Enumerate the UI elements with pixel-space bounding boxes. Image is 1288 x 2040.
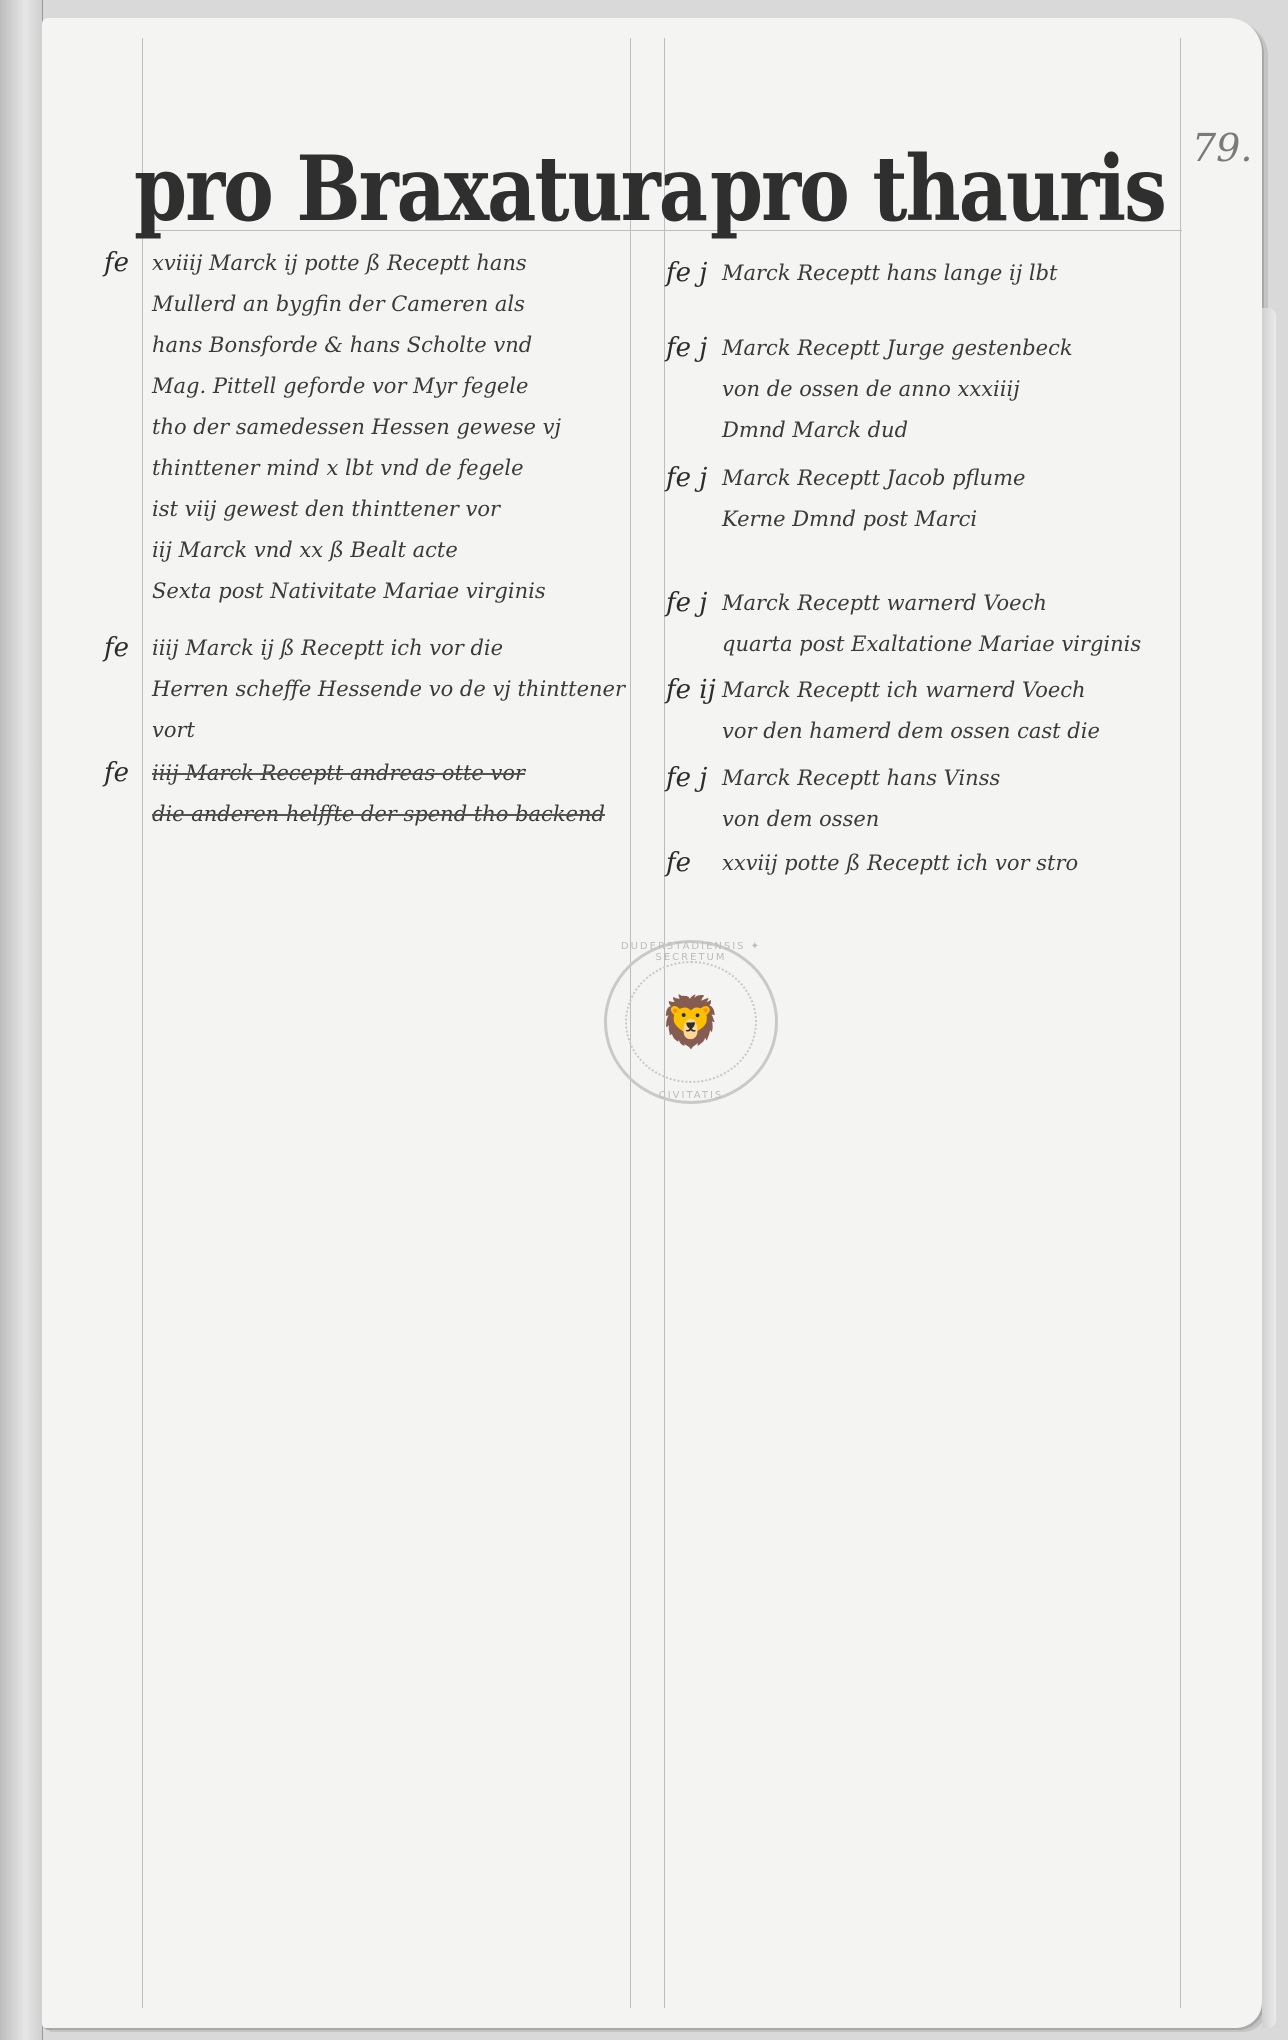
item-mark: fe j	[666, 328, 707, 369]
right-entry-5: fe ij Marck Receptt ich warnerd Voech vo…	[722, 670, 1222, 752]
entry-line: hans Bonsforde & hans Scholte vnd	[152, 325, 622, 366]
entry-line: Sexta post Nativitate Mariae virginis	[152, 571, 622, 612]
entry-line: Marck Receptt Jacob pflume	[722, 458, 1222, 499]
entry-line: iiij Marck ij ß Receptt ich vor die	[152, 628, 622, 669]
item-mark: fe	[104, 628, 129, 669]
entry-line: Marck Receptt hans lange ij lbt	[722, 253, 1222, 294]
item-mark: fe j	[666, 458, 707, 499]
entry-line: vort	[152, 710, 622, 751]
entry-line: xxviij potte ß Receptt ich vor stro	[722, 843, 1222, 884]
entry-line: ist viij gewest den thinttener vor	[152, 489, 622, 530]
item-mark: fe	[666, 843, 691, 884]
entry-line: xviiij Marck ij potte ß Receptt hans	[152, 243, 622, 284]
entry-line: von dem ossen	[722, 799, 1222, 840]
right-entry-6: fe j Marck Receptt hans Vinss von dem os…	[722, 758, 1222, 840]
entry-line: Marck Receptt ich warnerd Voech	[722, 670, 1222, 711]
manuscript-page: 79. pro Braxatura pro thauris fe xviiij …	[42, 18, 1262, 2028]
entry-line: vor den hamerd dem ossen cast die	[722, 711, 1222, 752]
left-entry-3-struck: fe iiij Marck Receptt andreas otte vor d…	[152, 753, 622, 835]
entry-line: von de ossen de anno xxxiiij	[722, 369, 1222, 410]
ruling-line-left-margin	[142, 38, 143, 2008]
entry-line: Marck Receptt warnerd Voech	[722, 583, 1222, 624]
page-edge	[1262, 308, 1276, 2028]
entry-line: Dmnd Marck dud	[722, 410, 1222, 451]
seal-legend-top: DUDERSTADIENSIS ✦ SECRETUM	[607, 941, 775, 963]
item-mark: fe j	[666, 583, 707, 624]
entry-line: Marck Receptt hans Vinss	[722, 758, 1222, 799]
entry-line: Marck Receptt Jurge gestenbeck	[722, 328, 1222, 369]
item-mark: fe	[104, 753, 129, 794]
entry-line: thinttener mind x lbt vnd de fegele	[152, 448, 622, 489]
right-entry-1: fe j Marck Receptt hans lange ij lbt	[722, 253, 1222, 294]
lion-rampant-icon: 🦁	[625, 961, 757, 1083]
item-mark: fe ij	[666, 670, 716, 711]
facing-page-edge	[0, 0, 43, 2040]
entry-line: Mag. Pittell geforde vor Myr fegele	[152, 366, 622, 407]
item-mark: fe j	[666, 253, 707, 294]
item-mark: fe	[104, 243, 129, 284]
heading-left: pro Braxatura	[134, 136, 706, 241]
entry-line: Mullerd an bygfin der Cameren als	[152, 284, 622, 325]
left-entry-2: fe iiij Marck ij ß Receptt ich vor die H…	[152, 628, 622, 751]
right-entry-3: fe j Marck Receptt Jacob pflume Kerne Dm…	[722, 458, 1222, 540]
entry-line: die anderen helffte der spend tho backen…	[152, 794, 622, 835]
entry-line: quarta post Exaltatione Mariae virginis	[722, 624, 1222, 665]
right-entry-2: fe j Marck Receptt Jurge gestenbeck von …	[722, 328, 1222, 451]
entry-line: iij Marck vnd xx ß Bealt acte	[152, 530, 622, 571]
item-mark: fe j	[666, 758, 707, 799]
right-entry-4: fe j Marck Receptt warnerd Voech quarta …	[722, 583, 1222, 665]
seal-legend-bottom: CIVITATIS	[607, 1090, 775, 1101]
left-entry-1: fe xviiij Marck ij potte ß Receptt hans …	[152, 243, 622, 612]
heading-right: pro thauris	[710, 136, 1165, 241]
entry-line: Kerne Dmnd post Marci	[722, 499, 1222, 540]
entry-line: iiij Marck Receptt andreas otte vor	[152, 753, 622, 794]
folio-number: 79.	[1192, 126, 1252, 170]
right-entry-7: fe xxviij potte ß Receptt ich vor stro	[722, 843, 1222, 884]
city-seal-stamp: DUDERSTADIENSIS ✦ SECRETUM 🦁 CIVITATIS	[604, 940, 778, 1104]
entry-line: tho der samedessen Hessen gewese vj	[152, 407, 622, 448]
entry-line: Herren scheffe Hessende vo de vj thintte…	[152, 669, 622, 710]
